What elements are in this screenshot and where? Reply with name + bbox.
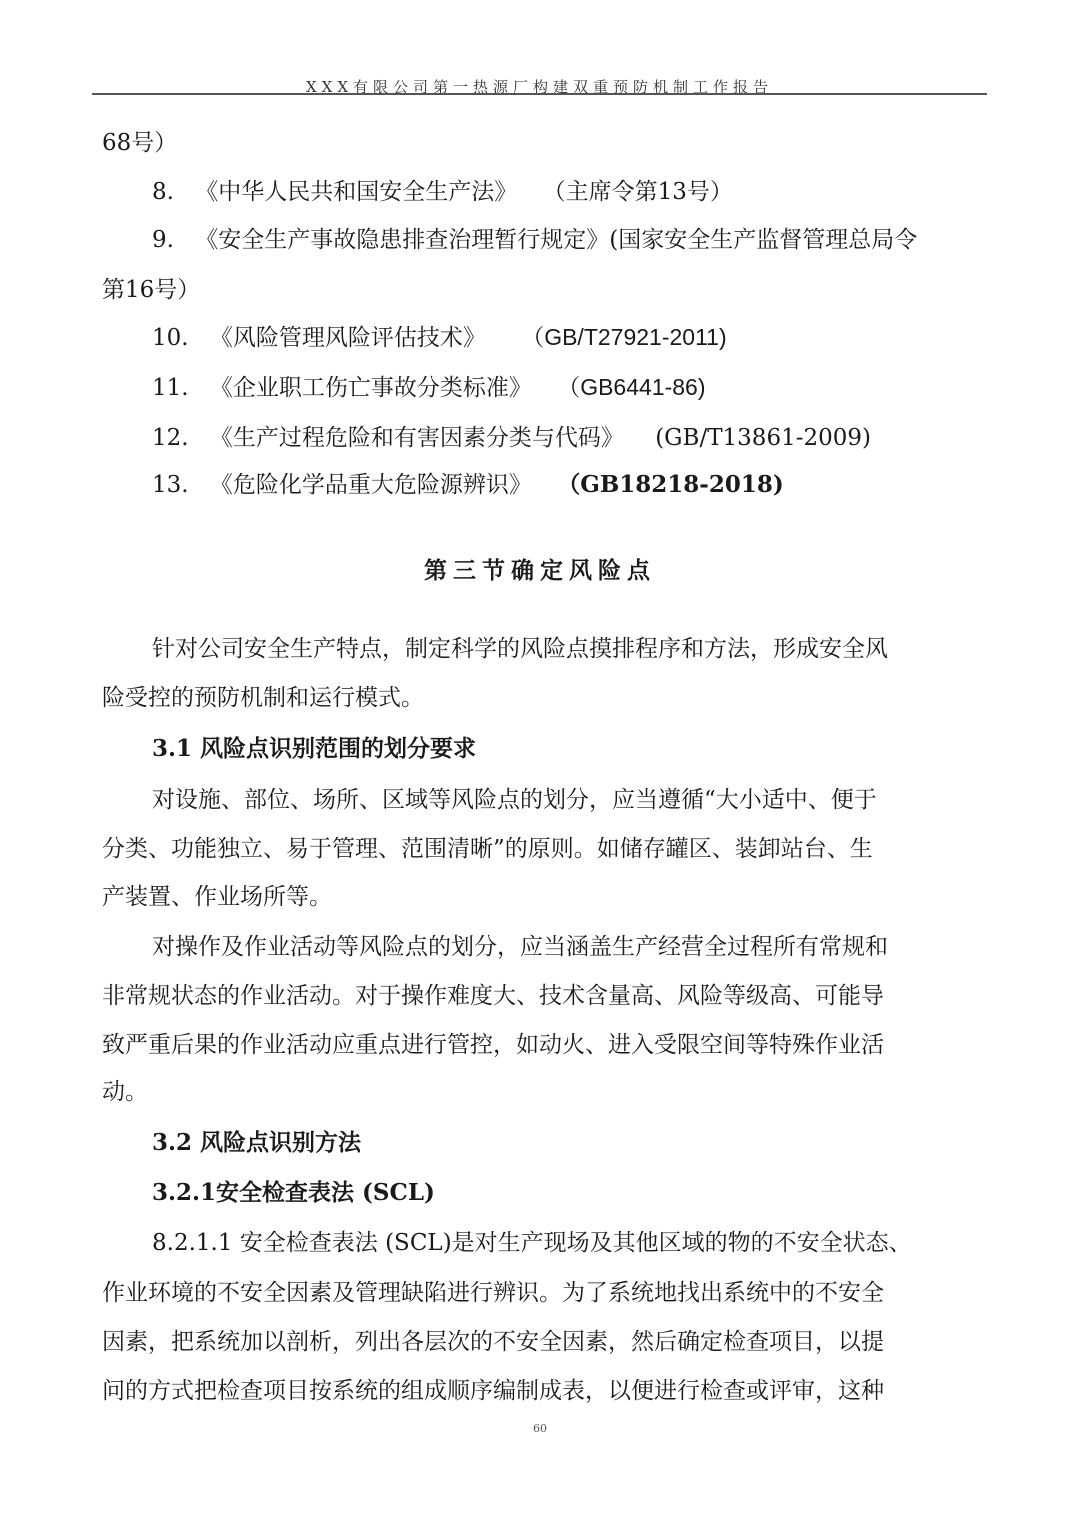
- paragraph-line: 因素，把系统加以剖析，列出各层次的不安全因素，然后确定检查项目，以提: [102, 1327, 884, 1357]
- paragraph-line: 对设施、部位、场所、区域等风险点的划分，应当遵循“大小适中、便于: [152, 785, 877, 815]
- reference-code: （主席令第13号）: [543, 179, 733, 205]
- reference-item: 10. 《风险管理风险评估技术》 （GB/T27921-2011): [152, 322, 727, 353]
- reference-item: 9. 《安全生产事故隐患排查治理暂行规定》(国家安全生产监督管理总局令: [152, 225, 917, 255]
- reference-code: （GB18218-2018): [557, 471, 784, 498]
- reference-number: 9.: [152, 227, 174, 253]
- reference-number: 13.: [152, 472, 189, 498]
- paragraph-line: 险受控的预防机制和运行模式。: [102, 683, 424, 713]
- reference-item: 8. 《中华人民共和国安全生产法》 （主席令第13号）: [152, 177, 733, 207]
- paragraph-line: 致严重后果的作业活动应重点进行管控，如动火、进入受限空间等特殊作业活: [102, 1030, 884, 1060]
- paragraph-line: 动。: [102, 1077, 148, 1107]
- reference-title: 《企业职工伤亡事故分类标准》: [210, 375, 532, 401]
- paragraph-line: 非常规状态的作业活动。对于操作难度大、技术含量高、风险等级高、可能导: [102, 981, 884, 1011]
- subsection-heading: 3.1 风险点识别范围的划分要求: [152, 734, 476, 764]
- paragraph-line: 产装置、作业场所等。: [102, 882, 332, 912]
- paragraph-line: 作业环境的不安全因素及管理缺陷进行辨识。为了系统地找出系统中的不安全: [102, 1278, 884, 1308]
- paragraph-line: 问的方式把检查项目按系统的组成顺序编制成表，以便进行检查或评审，这种: [102, 1376, 884, 1406]
- reference-title: 《风险管理风险评估技术》: [210, 325, 486, 351]
- subsubsection-heading: 3.2.1安全检查表法 (SCL): [152, 1178, 435, 1208]
- reference-number: 11.: [152, 375, 189, 401]
- page-number: 60: [0, 1422, 1080, 1435]
- section-title: 第三节确定风险点: [0, 552, 1080, 585]
- reference-code: (GB/T13861-2009): [655, 425, 871, 451]
- paragraph-line: 针对公司安全生产特点，制定科学的风险点摸排程序和方法，形成安全风: [152, 634, 888, 664]
- reference-continuation: 68号）: [102, 128, 177, 158]
- reference-title: 《中华人民共和国安全生产法》: [195, 179, 517, 205]
- reference-number: 12.: [152, 425, 189, 451]
- reference-title: 《安全生产事故隐患排查治理暂行规定》: [195, 227, 609, 253]
- reference-item: 12. 《生产过程危险和有害因素分类与代码》 (GB/T13861-2009): [152, 423, 871, 453]
- reference-title: 《生产过程危险和有害因素分类与代码》: [210, 425, 624, 451]
- reference-item: 13. 《危险化学品重大危险源辨识》 （GB18218-2018): [152, 470, 784, 500]
- reference-code: （GB6441-86): [557, 374, 705, 400]
- reference-title: 《危险化学品重大危险源辨识》: [210, 472, 532, 498]
- reference-number: 8.: [152, 179, 174, 205]
- paragraph-line: 分类、功能独立、易于管理、范围清晰”的原则。如储存罐区、装卸站台、生: [102, 834, 873, 864]
- subsection-heading: 3.2 风险点识别方法: [152, 1128, 361, 1158]
- reference-item: 11. 《企业职工伤亡事故分类标准》 （GB6441-86): [152, 372, 706, 403]
- reference-code: (国家安全生产监督管理总局令: [609, 227, 917, 253]
- header-divider: [92, 93, 987, 95]
- reference-code: （GB/T27921-2011): [521, 324, 726, 350]
- paragraph-line: 8.2.1.1 安全检查表法 (SCL)是对生产现场及其他区域的物的不安全状态、: [152, 1228, 912, 1258]
- reference-number: 10.: [152, 325, 189, 351]
- reference-code-continuation: 第16号）: [102, 275, 200, 305]
- paragraph-line: 对操作及作业活动等风险点的划分，应当涵盖生产经营全过程所有常规和: [152, 932, 888, 962]
